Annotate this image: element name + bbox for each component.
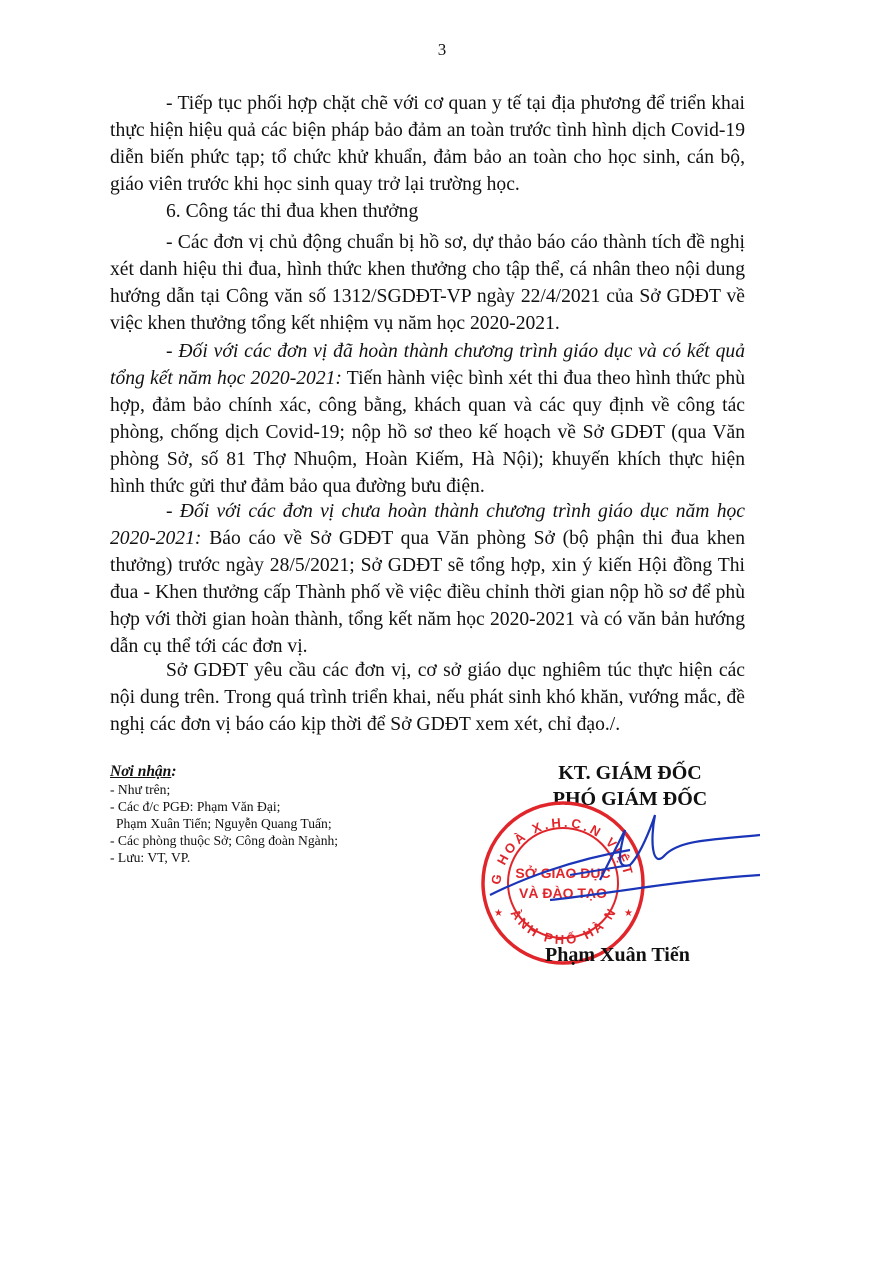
paragraph-incomplete-units: - Đối với các đơn vị chưa hoàn thành chư… bbox=[110, 498, 745, 660]
signer-name: Phạm Xuân Tiến bbox=[545, 944, 690, 967]
recipients-block: Nơi nhận: - Như trên; - Các đ/c PGĐ: Phạ… bbox=[110, 763, 338, 866]
recipients-title: Nơi nhận: bbox=[110, 763, 338, 780]
recipient-item: - Các phòng thuộc Sở; Công đoàn Ngành; bbox=[110, 832, 338, 849]
signature-title: KT. GIÁM ĐỐC bbox=[480, 760, 780, 786]
recipient-item: - Lưu: VT, VP. bbox=[110, 849, 338, 866]
section-heading-emulation-rewards: 6. Công tác thi đua khen thưởng bbox=[110, 198, 745, 225]
recipient-item: Phạm Xuân Tiến; Nguyễn Quang Tuấn; bbox=[110, 815, 338, 832]
handwritten-signature-icon bbox=[480, 810, 760, 950]
page-number: 3 bbox=[0, 40, 884, 60]
paragraph-closing-request: Sở GDĐT yêu cầu các đơn vị, cơ sở giáo d… bbox=[110, 657, 745, 738]
paragraph-completed-units: - Đối với các đơn vị đã hoàn thành chươn… bbox=[110, 338, 745, 500]
incomplete-units-body: Báo cáo về Sở GDĐT qua Văn phòng Sở (bộ … bbox=[110, 528, 745, 657]
recipient-item: - Các đ/c PGĐ: Phạm Văn Đại; bbox=[110, 798, 338, 815]
recipient-item: - Như trên; bbox=[110, 781, 338, 798]
paragraph-prepare-dossier: - Các đơn vị chủ động chuẩn bị hồ sơ, dự… bbox=[110, 229, 745, 337]
paragraph-covid-measures: - Tiếp tục phối hợp chặt chẽ với cơ quan… bbox=[110, 90, 745, 198]
